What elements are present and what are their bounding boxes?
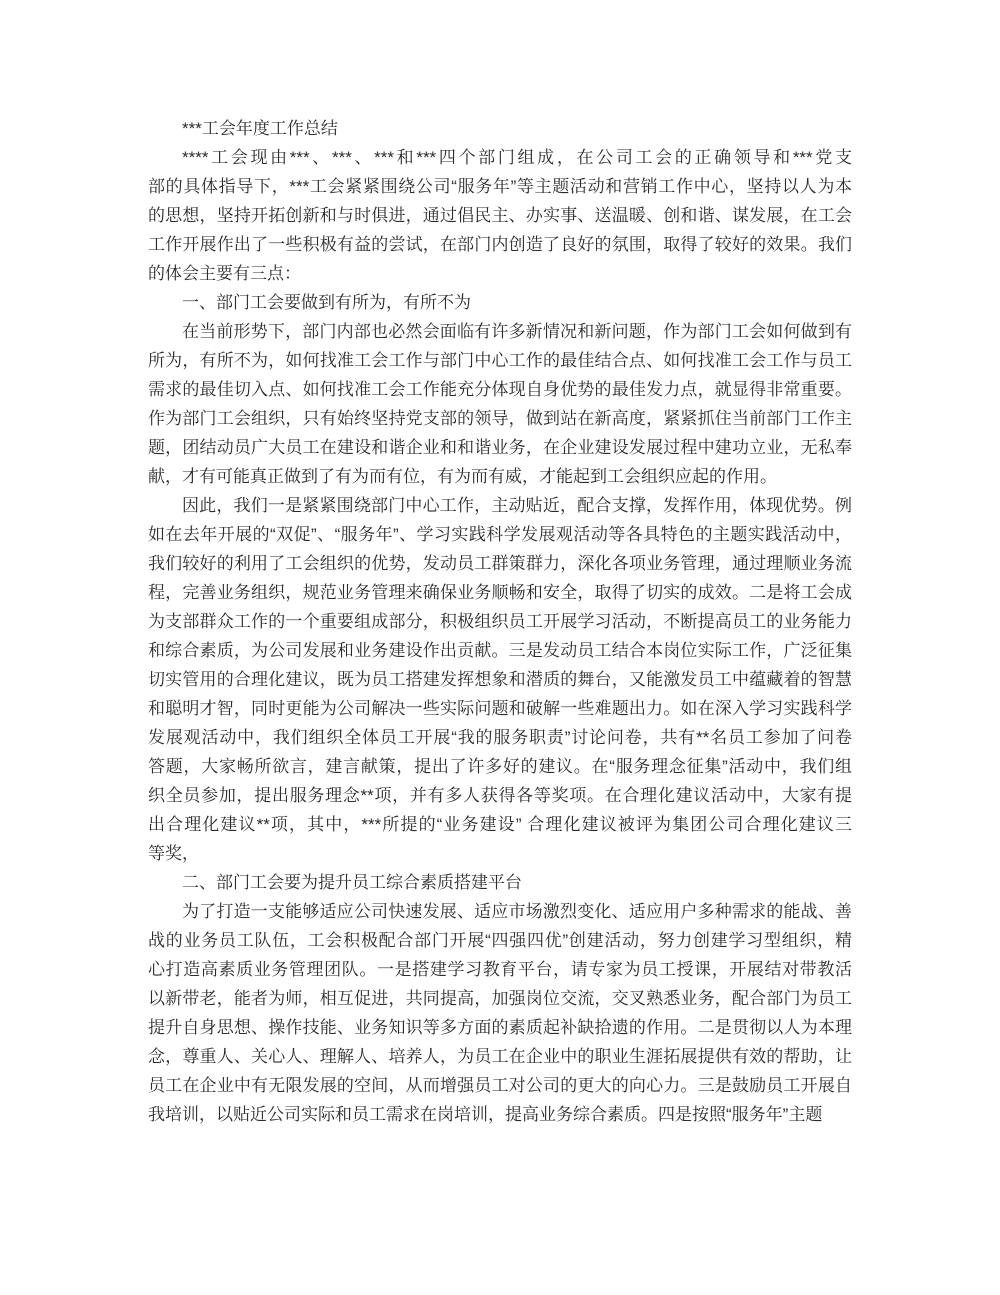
document-title: ***工会年度工作总结 xyxy=(148,114,852,143)
text-line: 战的业务员工队伍，工会积极配合部门开展“四强四优”创建活动，努力创建学习型组织，… xyxy=(148,926,852,955)
text-line: 作为部门工会组织，只有始终坚持党支部的领导，做到站在新高度，紧紧抓住当前部门工作… xyxy=(148,404,852,433)
text-line: 心打造高素质业务管理团队。一是搭建学习教育平台，请专家为员工授课，开展结对带教活… xyxy=(148,955,852,984)
text-line: 出合理化建议**项，其中，***所提的“业务建设” 合理化建议被评为集团公司合理… xyxy=(148,810,852,839)
text-line: 员工在企业中有无限发展的空间，从而增强员工对公司的更大的向心力。三是鼓励员工开展… xyxy=(148,1071,852,1100)
document-body: ***工会年度工作总结****工会现由***、***、***和***四个部门组成… xyxy=(148,114,852,1129)
text-line: 等奖， xyxy=(148,839,852,868)
text-line: 如在去年开展的“双促”、“服务年”、学习实践科学发展观活动等各具特色的主题实践活… xyxy=(148,520,852,549)
text-line: 所为，有所不为，如何找准工会工作与部门中心工作的最佳结合点、如何找准工会工作与员… xyxy=(148,346,852,375)
text-line: 为了打造一支能够适应公司快速发展、适应市场激烈变化、适应用户多种需求的能战、善 xyxy=(148,897,852,926)
text-line: 题，团结动员广大员工在建设和谐企业和和谐业务，在企业建设发展过程中建功立业，无私… xyxy=(148,433,852,462)
text-line: 和聪明才智，同时更能为公司解决一些实际问题和破解一些难题出力。如在深入学习实践科… xyxy=(148,694,852,723)
text-line: 和综合素质，为公司发展和业务建设作出贡献。三是发动员工结合本岗位实际工作，广泛征… xyxy=(148,636,852,665)
text-line: 部的具体指导下，***工会紧紧围绕公司“服务年”等主题活动和营销工作中心，坚持以… xyxy=(148,172,852,201)
text-line: 为支部群众工作的一个重要组成部分，积极组织员工开展学习活动，不断提高员工的业务能… xyxy=(148,607,852,636)
text-line: 的体会主要有三点： xyxy=(148,259,852,288)
text-line: 我培训，以贴近公司实际和员工需求在岗培训，提高业务综合素质。四是按照“服务年”主… xyxy=(148,1100,852,1129)
text-line: 切实管用的合理化建议，既为员工搭建发挥想象和潜质的舞台，又能激发员工中蕴藏着的智… xyxy=(148,665,852,694)
text-line: 的思想，坚持开拓创新和与时俱进，通过倡民主、办实事、送温暖、创和谐、谋发展，在工… xyxy=(148,201,852,230)
text-line: 工作开展作出了一些积极有益的尝试，在部门内创造了良好的氛围，取得了较好的效果。我… xyxy=(148,230,852,259)
document-page: ***工会年度工作总结****工会现由***、***、***和***四个部门组成… xyxy=(0,0,1000,1295)
text-line: 在当前形势下，部门内部也必然会面临有许多新情况和新问题，作为部门工会如何做到有 xyxy=(148,317,852,346)
text-line: 程，完善业务组织，规范业务管理来确保业务顺畅和安全，取得了切实的成效。二是将工会… xyxy=(148,578,852,607)
text-line: 我们较好的利用了工会组织的优势，发动员工群策群力，深化各项业务管理，通过理顺业务… xyxy=(148,549,852,578)
text-line: 念，尊重人、关心人、理解人、培养人，为员工在企业中的职业生涯拓展提供有效的帮助，… xyxy=(148,1042,852,1071)
text-line: ****工会现由***、***、***和***四个部门组成，在公司工会的正确领导… xyxy=(148,143,852,172)
section-heading-line: 一、部门工会要做到有所为，有所不为 xyxy=(148,288,852,317)
text-line: 因此，我们一是紧紧围绕部门中心工作，主动贴近，配合支撑，发挥作用，体现优势。例 xyxy=(148,491,852,520)
text-line: 答题，大家畅所欲言，建言献策，提出了许多好的建议。在“服务理念征集”活动中，我们… xyxy=(148,752,852,781)
text-line: 织全员参加，提出服务理念**项，并有多人获得各等奖项。在合理化建议活动中，大家有… xyxy=(148,781,852,810)
text-line: 献，才有可能真正做到了有为而有位，有为而有威，才能起到工会组织应起的作用。 xyxy=(148,462,852,491)
text-line: 发展观活动中，我们组织全体员工开展“我的服务职责”讨论问卷，共有**名员工参加了… xyxy=(148,723,852,752)
text-line: 提升自身思想、操作技能、业务知识等多方面的素质起补缺拾遗的作用。二是贯彻以人为本… xyxy=(148,1013,852,1042)
section-heading-line: 二、部门工会要为提升员工综合素质搭建平台 xyxy=(148,868,852,897)
text-line: 以新带老，能者为师，相互促进，共同提高，加强岗位交流，交叉熟悉业务，配合部门为员… xyxy=(148,984,852,1013)
text-line: 需求的最佳切入点、如何找准工会工作能充分体现自身优势的最佳发力点，就显得非常重要… xyxy=(148,375,852,404)
